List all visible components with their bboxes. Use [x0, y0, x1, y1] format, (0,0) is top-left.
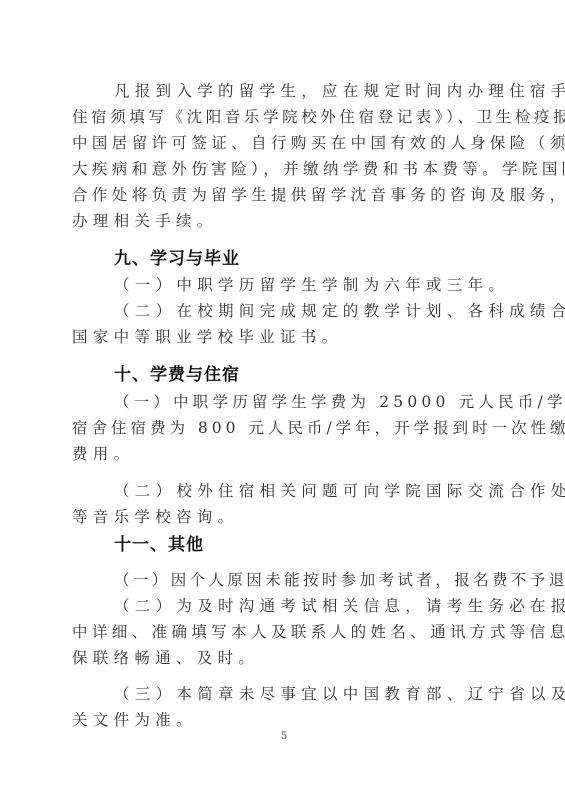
paragraph-line: （一）中职学历留学生学制为六年或三年。 — [114, 274, 496, 296]
paragraph-line: 大疾病和意外伤害险），并缴纳学费和书本费等。学院国际交流 — [72, 158, 496, 180]
paragraph-line: 凡报到入学的留学生，应在规定时间内办理住宿手续（校外 — [114, 80, 496, 102]
section-heading-other: 十一、其他 — [114, 533, 204, 557]
paragraph-line: 住宿须填写《沈阳音乐学院校外住宿登记表》）、卫生检疫报告、 — [72, 106, 496, 128]
paragraph-line: 办理相关手续。 — [72, 210, 496, 232]
paragraph-line: 中国居留许可签证、自行购买在中国有效的人身保险（须包含重 — [72, 132, 496, 154]
paragraph-line: 保联络畅通、及时。 — [72, 647, 496, 669]
paragraph-line: 合作处将负责为留学生提供留学沈音事务的咨询及服务，并协助 — [72, 184, 496, 206]
page-number: 5 — [279, 730, 289, 744]
paragraph-line: 宿舍住宿费为 800 元人民币/学年，开学报到时一次性缴清全年 — [72, 417, 496, 439]
paragraph-line: （二）在校期间完成规定的教学计划、各科成绩合格，颁发 — [114, 300, 496, 322]
section-heading-tuition-housing: 十、学费与住宿 — [114, 363, 240, 387]
section-heading-study-graduation: 九、学习与毕业 — [114, 247, 240, 271]
paragraph-line: （二）为及时沟通考试相关信息，请考生务必在报名申请表 — [114, 595, 496, 617]
paragraph-line: 费用。 — [72, 443, 496, 465]
paragraph-line: （一）因个人原因未能按时参加考试者，报名费不予退还。 — [114, 569, 496, 591]
paragraph-line: （二）校外住宿相关问题可向学院国际交流合作处和附属中 — [114, 480, 496, 502]
paragraph-line: 等音乐学校咨询。 — [72, 506, 496, 528]
paragraph-line: 中详细、准确填写本人及联系人的姓名、通讯方式等信息，以确 — [72, 621, 496, 643]
paragraph-line: （三）本简章未尽事宜以中国教育部、辽宁省以及学院的相 — [114, 683, 496, 705]
document-page: 凡报到入学的留学生，应在规定时间内办理住宿手续（校外 住宿须填写《沈阳音乐学院校… — [0, 0, 565, 800]
paragraph-line: （一）中职学历留学生学费为 25000 元人民币/学年，学校 — [114, 391, 496, 413]
paragraph-line: 关文件为准。 — [72, 709, 496, 731]
paragraph-line: 国家中等职业学校毕业证书。 — [72, 326, 496, 348]
